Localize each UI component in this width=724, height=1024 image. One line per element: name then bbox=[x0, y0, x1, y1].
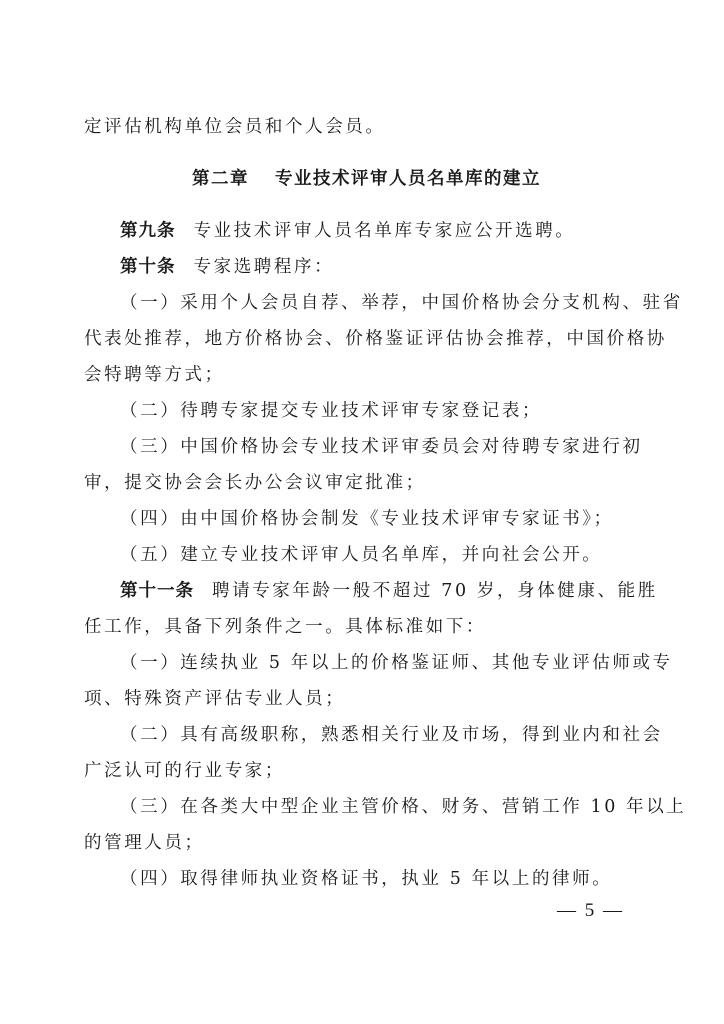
article-11-item-1-line-1: （一）连续执业 5 年以上的价格鉴证师、其他专业评估师或专 bbox=[84, 652, 664, 674]
article-text: 专家选聘程序： bbox=[194, 257, 335, 277]
article-10-item-2: （二）待聘专家提交专业技术评审专家登记表； bbox=[84, 400, 664, 422]
article-number: 第十条 bbox=[120, 257, 176, 277]
article-10-item-3-line-2: 审，提交协会会长办公会议审定批准； bbox=[84, 472, 628, 494]
article-10-item-1-line-3: 会特聘等方式； bbox=[84, 364, 628, 386]
article-9: 第九条专业技术评审人员名单库专家应公开选聘。 bbox=[84, 220, 664, 242]
article-11-text-line-2: 任工作，具备下列条件之一。具体标准如下： bbox=[84, 616, 628, 638]
article-10-item-1-line-2: 代表处推荐，地方价格协会、价格鉴证评估协会推荐，中国价格协 bbox=[84, 328, 628, 350]
article-11-item-2-line-2: 广泛认可的行业专家； bbox=[84, 760, 628, 782]
article-10-item-4: （四）由中国价格协会制发《专业技术评审专家证书》； bbox=[84, 508, 664, 530]
article-11-item-4: （四）取得律师执业资格证书，执业 5 年以上的律师。 bbox=[84, 868, 664, 890]
article-text: 聘请专家年龄一般不超过 70 岁，身体健康、能胜 bbox=[212, 581, 658, 601]
article-11-item-1-line-2: 项、特殊资产评估专业人员； bbox=[84, 688, 628, 710]
article-11-item-3-line-2: 的管理人员； bbox=[84, 832, 628, 854]
chapter-heading: 第二章专业技术评审人员名单库的建立 bbox=[192, 168, 724, 190]
continuation-text: 定评估机构单位会员和个人会员。 bbox=[84, 116, 628, 138]
page-number: — 5 — bbox=[557, 900, 624, 922]
article-text: 专业技术评审人员名单库专家应公开选聘。 bbox=[194, 221, 576, 241]
chapter-title: 专业技术评审人员名单库的建立 bbox=[275, 169, 541, 189]
article-10-item-3-line-1: （三）中国价格协会专业技术评审委员会对待聘专家进行初 bbox=[84, 436, 664, 458]
article-number: 第十一条 bbox=[120, 581, 194, 601]
article-10: 第十条专家选聘程序： bbox=[84, 256, 664, 278]
article-10-item-1-line-1: （一）采用个人会员自荐、举荐，中国价格协会分支机构、驻省 bbox=[84, 292, 664, 314]
chapter-number: 第二章 bbox=[192, 169, 249, 189]
article-11-item-3-line-1: （三）在各类大中型企业主管价格、财务、营销工作 10 年以上 bbox=[84, 796, 664, 818]
article-number: 第九条 bbox=[120, 221, 176, 241]
article-10-item-5: （五）建立专业技术评审人员名单库，并向社会公开。 bbox=[84, 544, 664, 566]
article-11: 第十一条聘请专家年龄一般不超过 70 岁，身体健康、能胜 bbox=[84, 580, 664, 602]
article-11-item-2-line-1: （二）具有高级职称，熟悉相关行业及市场，得到业内和社会 bbox=[84, 724, 664, 746]
